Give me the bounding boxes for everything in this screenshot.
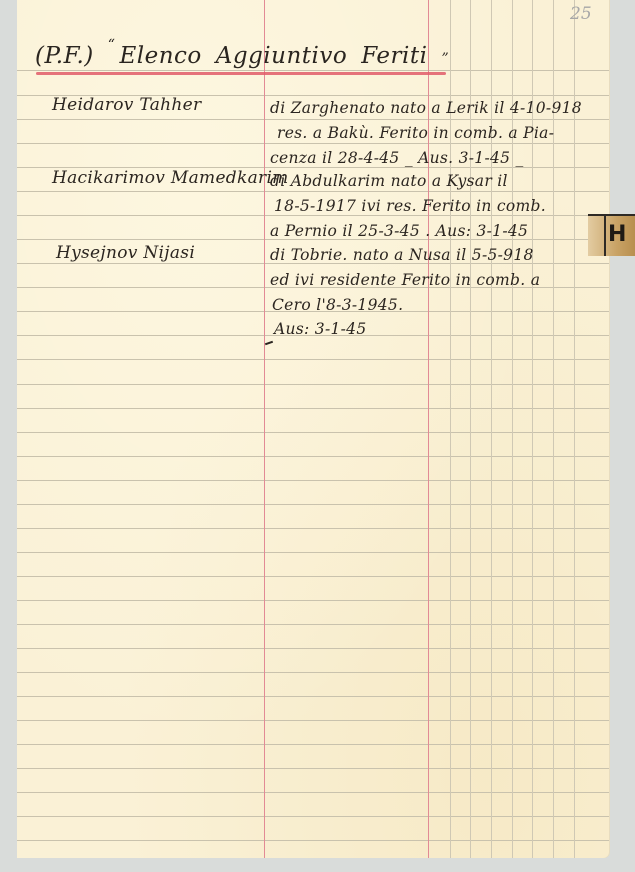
page-number: 25 [570,4,592,24]
entry-detail-line: 18-5-1917 ivi res. Ferito in comb. [274,197,546,215]
column-rule [574,0,575,858]
rule-line [17,624,609,625]
entry-detail-line: cenza il 28-4-45 _ Aus. 3-1-45 _ [270,149,524,167]
rule-line [17,672,609,673]
page-title: (P.F.)“ElencoAggiuntivoFeriti” [35,43,463,69]
entry-detail-line: Aus: 3-1-45 [274,320,367,338]
entry-name: Heidarov Tahher [52,95,201,115]
rule-line [17,408,609,409]
rule-line [17,70,609,71]
title-word: Aggiuntivo [216,43,347,69]
index-tab[interactable]: H [588,214,635,256]
rule-line [17,143,609,144]
entry-name: Hysejnov Nijasi [56,243,195,263]
rule-line [17,504,609,505]
rule-line [17,480,609,481]
entry-name: Hacikarimov Mamedkarim [52,168,289,188]
entry-detail-line: Cero l'8-3-1945. [272,296,403,314]
rule-line [17,432,609,433]
entry-detail-line: ed ivi residente Ferito in comb. a [270,271,540,289]
rule-line [17,744,609,745]
entry-detail-line: res. a Bakù. Ferito in comb. a Pia- [277,124,554,142]
title-word: Feriti [361,43,427,69]
rule-line [17,696,609,697]
rule-line [17,215,609,216]
entry-detail-line: a Pernio il 25-3-45 . Aus: 3-1-45 [270,222,528,240]
rule-line [17,119,609,120]
rule-line [17,840,609,841]
entry-detail-line: di Abdulkarim nato a Kysar il [270,172,508,190]
title-open-quote: “ [108,37,116,53]
rule-line [17,456,609,457]
rule-line [17,552,609,553]
rule-line [17,576,609,577]
rule-line [17,816,609,817]
entry-detail-line: di Tobrie. nato a Nusa il 5-5-918 [270,246,534,264]
margin-rule-red [264,0,265,858]
title-underline [36,72,446,75]
rule-line [17,648,609,649]
rule-line [17,384,609,385]
title-close-quote: ” [442,51,450,67]
index-tab-letter: H [608,222,626,247]
tab-divider [604,216,606,256]
rule-line [17,359,609,360]
rule-line [17,792,609,793]
rule-line [17,191,609,192]
rule-line [17,768,609,769]
rule-line [17,600,609,601]
entry-detail-line: di Zarghenato nato a Lerik il 4-10-918 [270,99,582,117]
title-prefix: (P.F.) [35,43,94,69]
rule-line [17,528,609,529]
title-word: Elenco [119,43,201,69]
rule-line [17,720,609,721]
